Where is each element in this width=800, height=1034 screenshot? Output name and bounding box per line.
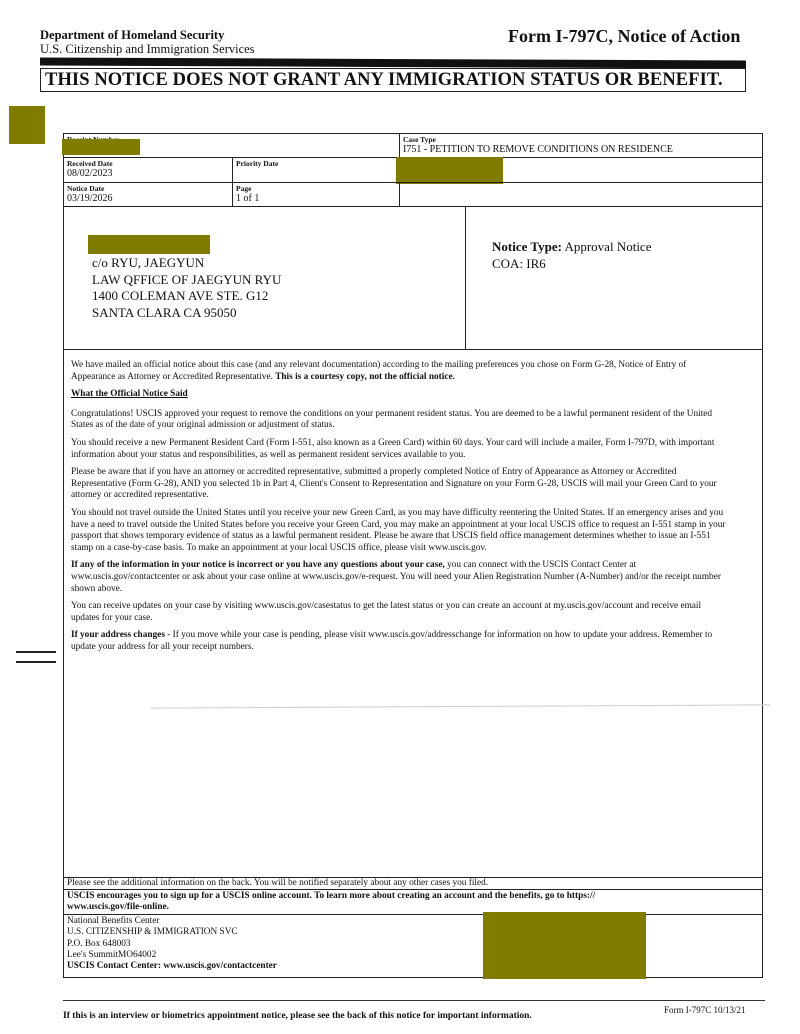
case-type-cell: Case Type I751 - PETITION TO REMOVE COND… [399, 133, 763, 158]
online-account-link[interactable]: www.uscis.gov/file-online. [67, 902, 169, 913]
office-line: National Benefits Center [67, 916, 277, 927]
agency-name: Department of Homeland Security [40, 28, 224, 43]
notice-date-label: Notice Date [67, 184, 104, 193]
sub-agency-name: U.S. Citizenship and Immigration Service… [40, 42, 255, 57]
blank-cell [399, 182, 763, 207]
priority-date-label: Priority Date [236, 159, 278, 168]
recipient-name-redaction [88, 235, 210, 254]
page-value: 1 of 1 [236, 193, 259, 204]
received-date-label: Received Date [67, 159, 113, 168]
notice-type-box [465, 206, 763, 350]
notice-date-cell: Notice Date 03/19/2026 [63, 182, 233, 207]
body-paragraph: You can receive updates on your case by … [71, 601, 731, 624]
intro-paragraph: We have mailed an official notice about … [71, 360, 731, 383]
address-line: LAW QFFICE OF JAEGYUN RYU [92, 272, 281, 289]
case-info-redaction [396, 157, 503, 184]
office-box: National Benefits Center U.S. CITIZENSHI… [63, 914, 763, 978]
body-paragraph: If any of the information in your notice… [71, 560, 731, 595]
redaction-block [9, 106, 45, 144]
barcode-redaction [483, 912, 646, 979]
notice-type-block: Notice Type: Approval Notice COA: IR6 [492, 239, 651, 272]
received-date-cell: Received Date 08/02/2023 [63, 157, 233, 183]
notice-date-value: 03/19/2026 [67, 193, 113, 204]
case-type-value: I751 - PETITION TO REMOVE CONDITIONS ON … [403, 144, 673, 155]
priority-date-cell: Priority Date [232, 157, 400, 183]
online-account-box: USCIS encourages you to sign up for a US… [63, 889, 763, 915]
margin-mark [16, 661, 56, 663]
margin-mark [16, 651, 56, 653]
office-line: U.S. CITIZENSHIP & IMMIGRATION SVC [67, 927, 277, 938]
body-paragraph: Please be aware that if you have an atto… [71, 467, 731, 502]
mailing-address: c/o RYU, JAEGYUN LAW QFFICE OF JAEGYUN R… [92, 255, 281, 321]
form-title: Form I-797C, Notice of Action [508, 26, 740, 47]
page-cell: Page 1 of 1 [232, 182, 400, 207]
case-type-label: Case Type [403, 135, 436, 144]
page-label: Page [236, 184, 251, 193]
notice-type-label: Notice Type: [492, 239, 562, 254]
receipt-number-redaction [62, 139, 140, 155]
coa-value: COA: IR6 [492, 256, 651, 273]
bottom-note: If this is an interview or biometrics ap… [63, 1011, 532, 1021]
body-paragraph: You should receive a new Permanent Resid… [71, 438, 731, 461]
contact-center-text: USCIS Contact Center: www.uscis.gov/cont… [67, 961, 277, 972]
form-id: Form I-797C 10/13/21 [664, 1005, 746, 1015]
online-account-text: USCIS encourages you to sign up for a US… [67, 891, 595, 902]
section-heading: What the Official Notice Said [71, 389, 731, 401]
office-line: P.O. Box 648003 [67, 939, 277, 950]
office-line: Lee's SummitMO64002 [67, 950, 277, 961]
notice-type-value: Approval Notice [564, 239, 651, 254]
header-divider [40, 57, 746, 68]
body-paragraph: Congratulations! USCIS approved your req… [71, 409, 731, 432]
address-line: 1400 COLEMAN AVE STE. G12 [92, 288, 281, 305]
additional-info-text: Please see the additional information on… [67, 878, 488, 889]
notice-body: We have mailed an official notice about … [71, 360, 731, 659]
body-paragraph: If your address changes - If you move wh… [71, 630, 731, 653]
bottom-rule [63, 1000, 765, 1001]
disclaimer-text: THIS NOTICE DOES NOT GRANT ANY IMMIGRATI… [45, 70, 723, 91]
address-line: SANTA CLARA CA 95050 [92, 305, 281, 322]
body-paragraph: You should not travel outside the United… [71, 508, 731, 554]
disclaimer-box: THIS NOTICE DOES NOT GRANT ANY IMMIGRATI… [40, 68, 746, 92]
address-line: c/o RYU, JAEGYUN [92, 255, 281, 272]
received-date-value: 08/02/2023 [67, 168, 113, 179]
